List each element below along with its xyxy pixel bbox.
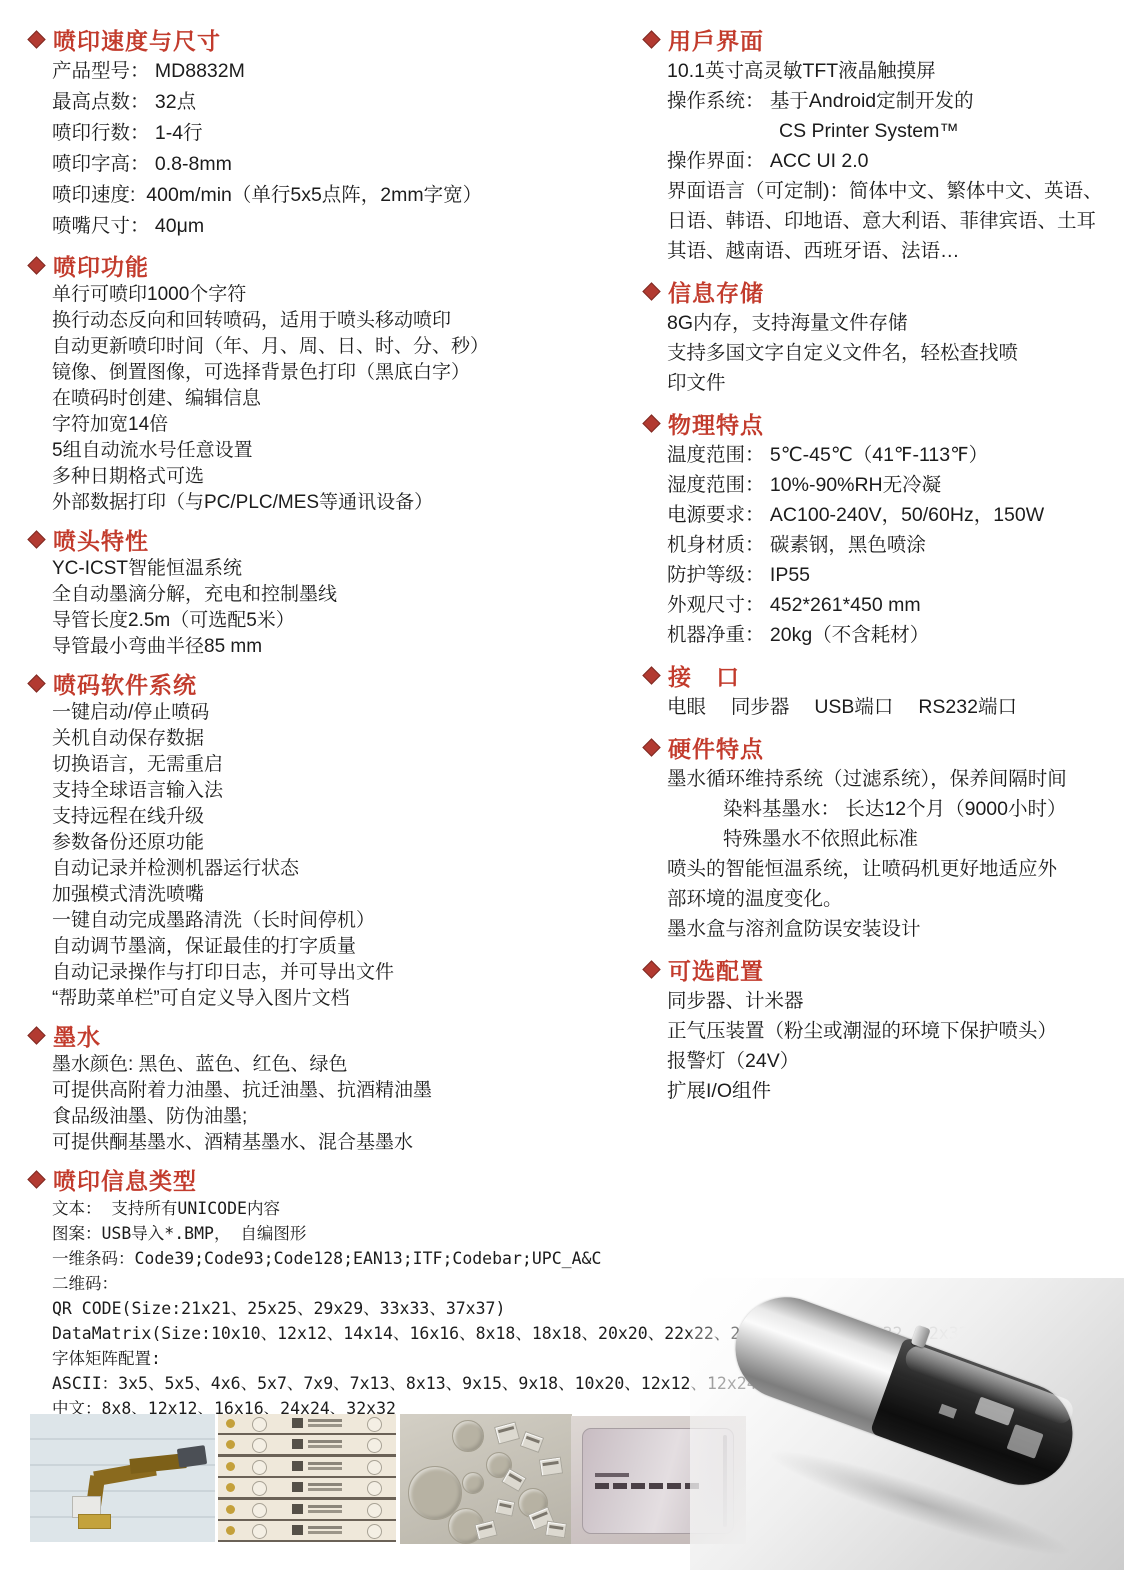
strip-detail [367,1524,382,1539]
spec-line: 电眼 同步器 USB端口 RS232端口 [667,692,1120,722]
section-header: 喷印功能 [30,250,635,280]
strip-detail [292,1482,303,1492]
spec-line: 喷头的智能恒温系统，让喷码机更好地适应外 [667,854,1120,884]
spec-line: 防护等级： IP55 [667,560,1120,590]
spec-line: 自动记录操作与打印日志，并可导出文件 [52,960,635,986]
spec-line: 图案：USB导入*.BMP， 自编图形 [52,1221,635,1246]
spec-line: 多种日期格式可选 [52,464,635,490]
spec-line: 二维码： [52,1271,635,1296]
spec-line: 其语、越南语、西班牙语、法语… [667,236,1120,266]
spec-line: ASCII：3x5、5x5、4x6、5x7、7x9、7x13、8x13、9x15… [52,1371,635,1396]
spec-line: 部环境的温度变化。 [667,884,1120,914]
spec-line: YC-ICST智能恒温系统 [52,556,635,582]
spec-line: 日语、韩语、印地语、意大利语、菲律宾语、土耳 [667,206,1120,236]
metal-disc-graphic [452,1420,484,1452]
section-title: 喷印功能 [53,249,149,282]
printhead-graphic [721,1283,1087,1499]
strip-detail [252,1524,267,1539]
led-strip-graphic [218,1435,396,1454]
diamond-bullet-icon [27,1026,45,1044]
metal-chip-graphic [545,1521,567,1539]
strip-detail [292,1525,303,1535]
section-header: 墨水 [30,1020,635,1050]
spec-section: 喷头特性YC-ICST智能恒温系统全自动墨滴分解，充电和控制墨线导管长度2.5m… [30,524,635,660]
strip-detail [226,1526,235,1535]
strip-detail [367,1438,382,1453]
spec-line: 温度范围： 5℃-45℃（41℉-113℉） [667,440,1120,470]
spec-line: 一键自动完成墨路清洗（长时间停机） [52,908,635,934]
strip-detail [308,1462,342,1465]
diamond-bullet-icon [642,960,660,978]
spec-line: 同步器、计米器 [667,986,1120,1016]
spec-line: 墨水盒与溶剂盒防误安装设计 [667,914,1120,944]
spec-line: DataMatrix(Size:10x10、12x12、14x14、16x16、… [52,1321,635,1346]
led-strip-graphic [218,1414,396,1433]
spec-line: 湿度范围： 10%-90%RH无冷凝 [667,470,1120,500]
printhead-product-photo [690,1278,1124,1570]
strip-detail [308,1483,342,1486]
section-header: 接 口 [645,660,1120,690]
section-title: 喷头特性 [53,523,149,556]
spec-section: 墨水墨水颜色: 黑色、蓝色、红色、绿色可提供高附着力油墨、抗迁油墨、抗酒精油墨食… [30,1020,635,1156]
section-title: 硬件特点 [668,731,764,764]
spec-line: CS Printer System™ [667,116,1120,146]
led-strip-graphic [218,1478,396,1497]
right-column: 用戶界面10.1英寸高灵敏TFT液晶触摸屏操作系统： 基于Android定制开发… [645,24,1120,1116]
spec-section: 喷印速度与尺寸产品型号： MD8832M最高点数： 32点喷印行数： 1-4行喷… [30,24,635,242]
led-strip-sample-photo [218,1414,396,1542]
section-title: 喷印信息类型 [53,1163,197,1196]
spec-line: 喷印行数： 1-4行 [52,118,635,149]
spec-line: 支持全球语言输入法 [52,778,635,804]
diamond-bullet-icon [27,256,45,274]
spec-line: 参数备份还原功能 [52,830,635,856]
spec-line: 可提供酮基墨水、酒精基墨水、混合基墨水 [52,1130,635,1156]
spec-line: 机器净重： 20kg（不含耗材） [667,620,1120,650]
spec-line: 支持远程在线升级 [52,804,635,830]
spec-line: QR CODE(Size:21x21、25x25、29x29、33x33、37x… [52,1296,635,1321]
section-header: 可选配置 [645,954,1120,984]
spec-line: 8G内存，支持海量文件存储 [667,308,1120,338]
diamond-bullet-icon [27,30,45,48]
section-body: 温度范围： 5℃-45℃（41℉-113℉）湿度范围： 10%-90%RH无冷凝… [645,440,1120,650]
spec-line: 加强模式清洗喷嘴 [52,882,635,908]
spec-line: 导管最小弯曲半径85 mm [52,634,635,660]
spec-line: 字体矩阵配置: [52,1346,635,1371]
spec-line: 喷嘴尺寸： 40μm [52,211,635,242]
spec-line: 印文件 [667,368,1120,398]
spec-line: 单行可喷印1000个字符 [52,282,635,308]
spec-section: 信息存储8G内存，支持海量文件存储支持多国文字自定义文件名，轻松查找喷印文件 [645,276,1120,398]
strip-detail [226,1440,235,1449]
strip-detail [292,1439,303,1449]
led-strip-graphic [218,1500,396,1519]
section-title: 喷码软件系统 [53,667,197,700]
spec-line: 外部数据打印（与PC/PLC/MES等通讯设备） [52,490,635,516]
spec-section: 喷印信息类型文本： 支持所有UNICODE内容图案：USB导入*.BMP， 自编… [30,1164,635,1421]
strip-detail [252,1417,267,1432]
section-title: 墨水 [53,1019,101,1052]
strip-detail [308,1440,342,1443]
section-header: 喷印信息类型 [30,1164,635,1194]
section-header: 用戶界面 [645,24,1120,54]
spec-line: 切换语言，无需重启 [52,752,635,778]
section-header: 喷印速度与尺寸 [30,24,635,54]
diamond-bullet-icon [642,738,660,756]
spec-line: 导管长度2.5m（可选配5米） [52,608,635,634]
spec-line: 操作系统： 基于Android定制开发的 [667,86,1120,116]
strip-detail [226,1419,235,1428]
spec-line: 字符加宽14倍 [52,412,635,438]
diamond-bullet-icon [27,1170,45,1188]
spec-line: 一维条码：Code39;Code93;Code128;EAN13;ITF;Cod… [52,1246,635,1271]
section-title: 用戶界面 [668,23,764,56]
spec-section: 喷码软件系统一键启动/停止喷码关机自动保存数据切换语言，无需重启支持全球语言输入… [30,668,635,1012]
section-title: 可选配置 [668,953,764,986]
section-body: 8G内存，支持海量文件存储支持多国文字自定义文件名，轻松查找喷印文件 [645,308,1120,398]
section-body: 单行可喷印1000个字符换行动态反向和回转喷码，适用于喷头移动喷印自动更新喷印时… [30,282,635,516]
spec-line: 自动记录并检测机器运行状态 [52,856,635,882]
battery-print-line [595,1473,629,1477]
metal-chip-graphic [495,1498,516,1516]
section-title: 接 口 [668,659,740,692]
metal-parts-sample-photo [400,1414,572,1544]
spec-line: 食品级油墨、防伪油墨; [52,1104,635,1130]
spec-line: 镜像、倒置图像，可选择背景色打印（黑底白字） [52,360,635,386]
diamond-bullet-icon [27,530,45,548]
strip-detail [367,1481,382,1496]
printhead-shell [870,1337,1087,1499]
internal-component [939,1404,957,1419]
spec-line: 墨水循环维持系统（过滤系统），保养间隔时间 [667,764,1120,794]
spec-section: 用戶界面10.1英寸高灵敏TFT液晶触摸屏操作系统： 基于Android定制开发… [645,24,1120,266]
spec-line: 自动调节墨滴，保证最佳的打字质量 [52,934,635,960]
spec-line: 5组自动流水号任意设置 [52,438,635,464]
section-title: 信息存储 [668,275,764,308]
internal-component [1007,1424,1044,1459]
strip-detail [252,1481,267,1496]
strip-detail [308,1526,342,1529]
spec-line: 喷印字高： 0.8-8mm [52,149,635,180]
strip-detail [308,1419,342,1422]
spec-line: 染料基墨水： 长达12个月（9000小时） [667,794,1120,824]
spec-line: 一键启动/停止喷码 [52,700,635,726]
battery-print-line [595,1483,703,1489]
spec-line: 界面语言（可定制)：简体中文、繁体中文、英语、 [667,176,1120,206]
strip-detail [292,1504,303,1514]
diamond-bullet-icon [642,30,660,48]
spec-line: 在喷码时创建、编辑信息 [52,386,635,412]
flex-cable-sample-photo [30,1414,215,1542]
strip-detail [226,1505,235,1514]
spec-line: 关机自动保存数据 [52,726,635,752]
metal-chip-graphic [539,1457,563,1477]
section-body: 同步器、计米器正气压装置（粉尘或潮湿的环境下保护喷头）报警灯（24V）扩展I/O… [645,986,1120,1106]
spec-line: 全自动墨滴分解，充电和控制墨线 [52,582,635,608]
strip-detail [367,1417,382,1432]
section-body: YC-ICST智能恒温系统全自动墨滴分解，充电和控制墨线导管长度2.5m（可选配… [30,556,635,660]
spec-line: 机身材质： 碳素钢，黑色喷涂 [667,530,1120,560]
section-title: 物理特点 [668,407,764,440]
spec-line: 喷印速度: 400m/min（单行5x5点阵，2mm字宽） [52,180,635,211]
metal-chip-graphic [494,1421,520,1444]
left-column: 喷印速度与尺寸产品型号： MD8832M最高点数： 32点喷印行数： 1-4行喷… [30,24,635,1429]
spec-line: 可提供高附着力油墨、抗迁油墨、抗酒精油墨 [52,1078,635,1104]
metal-chip-graphic [474,1520,497,1540]
component-graphic [78,1514,111,1529]
metal-chip-graphic [520,1431,544,1453]
strip-detail [226,1462,235,1471]
strip-detail [367,1460,382,1475]
section-title: 喷印速度与尺寸 [53,23,221,56]
strip-detail [252,1438,267,1453]
spec-line: 扩展I/O组件 [667,1076,1120,1106]
strip-detail [367,1503,382,1518]
spec-section: 接 口电眼 同步器 USB端口 RS232端口 [645,660,1120,722]
spec-line: 文本： 支持所有UNICODE内容 [52,1196,635,1221]
section-header: 物理特点 [645,408,1120,438]
spec-line: 特殊墨水不依照此标准 [667,824,1120,854]
metal-disc-graphic [462,1472,484,1494]
section-body: 墨水循环维持系统（过滤系统），保养间隔时间染料基墨水： 长达12个月（9000小… [645,764,1120,944]
spec-line: “帮助菜单栏”可自定义导入图片文档 [52,986,635,1012]
led-strip-graphic [218,1521,396,1540]
diamond-bullet-icon [642,282,660,300]
section-header: 喷码软件系统 [30,668,635,698]
section-header: 信息存储 [645,276,1120,306]
strip-detail [252,1503,267,1518]
strip-detail [292,1418,303,1428]
connector-graphic [177,1445,207,1468]
section-body: 10.1英寸高灵敏TFT液晶触摸屏操作系统： 基于Android定制开发的CS … [645,56,1120,266]
spec-line: 产品型号： MD8832M [52,56,635,87]
spec-line: 10.1英寸高灵敏TFT液晶触摸屏 [667,56,1120,86]
spec-line: 支持多国文字自定义文件名，轻松查找喷 [667,338,1120,368]
spec-line: 最高点数： 32点 [52,87,635,118]
spec-section: 可选配置同步器、计米器正气压装置（粉尘或潮湿的环境下保护喷头）报警灯（24V）扩… [645,954,1120,1106]
spec-section: 物理特点温度范围： 5℃-45℃（41℉-113℉）湿度范围： 10%-90%R… [645,408,1120,650]
spec-line: 外观尺寸： 452*261*450 mm [667,590,1120,620]
spec-line: 正气压装置（粉尘或潮湿的环境下保护喷头） [667,1016,1120,1046]
spec-section: 硬件特点墨水循环维持系统（过滤系统），保养间隔时间染料基墨水： 长达12个月（9… [645,732,1120,944]
spec-sheet-page: 喷印速度与尺寸产品型号： MD8832M最高点数： 32点喷印行数： 1-4行喷… [0,0,1124,1570]
diamond-bullet-icon [642,414,660,432]
spec-section: 喷印功能单行可喷印1000个字符换行动态反向和回转喷码，适用于喷头移动喷印自动更… [30,250,635,516]
led-strip-graphic [218,1457,396,1476]
spec-line: 墨水颜色: 黑色、蓝色、红色、绿色 [52,1052,635,1078]
strip-detail [292,1461,303,1471]
section-body: 一键启动/停止喷码关机自动保存数据切换语言，无需重启支持全球语言输入法支持远程在… [30,700,635,1012]
spec-line: 电源要求： AC100-240V，50/60Hz，150W [667,500,1120,530]
section-header: 喷头特性 [30,524,635,554]
section-body: 墨水颜色: 黑色、蓝色、红色、绿色可提供高附着力油墨、抗迁油墨、抗酒精油墨食品级… [30,1052,635,1156]
spec-line: 报警灯（24V） [667,1046,1120,1076]
section-body: 文本： 支持所有UNICODE内容图案：USB导入*.BMP， 自编图形一维条码… [30,1196,635,1421]
strip-detail [226,1483,235,1492]
section-header: 硬件特点 [645,732,1120,762]
strip-detail [308,1505,342,1508]
section-body: 电眼 同步器 USB端口 RS232端口 [645,692,1120,722]
diamond-bullet-icon [27,674,45,692]
spec-line: 操作界面： ACC UI 2.0 [667,146,1120,176]
spec-line: 换行动态反向和回转喷码，适用于喷头移动喷印 [52,308,635,334]
strip-detail [252,1460,267,1475]
spec-line: 自动更新喷印时间（年、月、周、日、时、分、秒） [52,334,635,360]
diamond-bullet-icon [642,666,660,684]
section-body: 产品型号： MD8832M最高点数： 32点喷印行数： 1-4行喷印字高： 0.… [30,56,635,242]
